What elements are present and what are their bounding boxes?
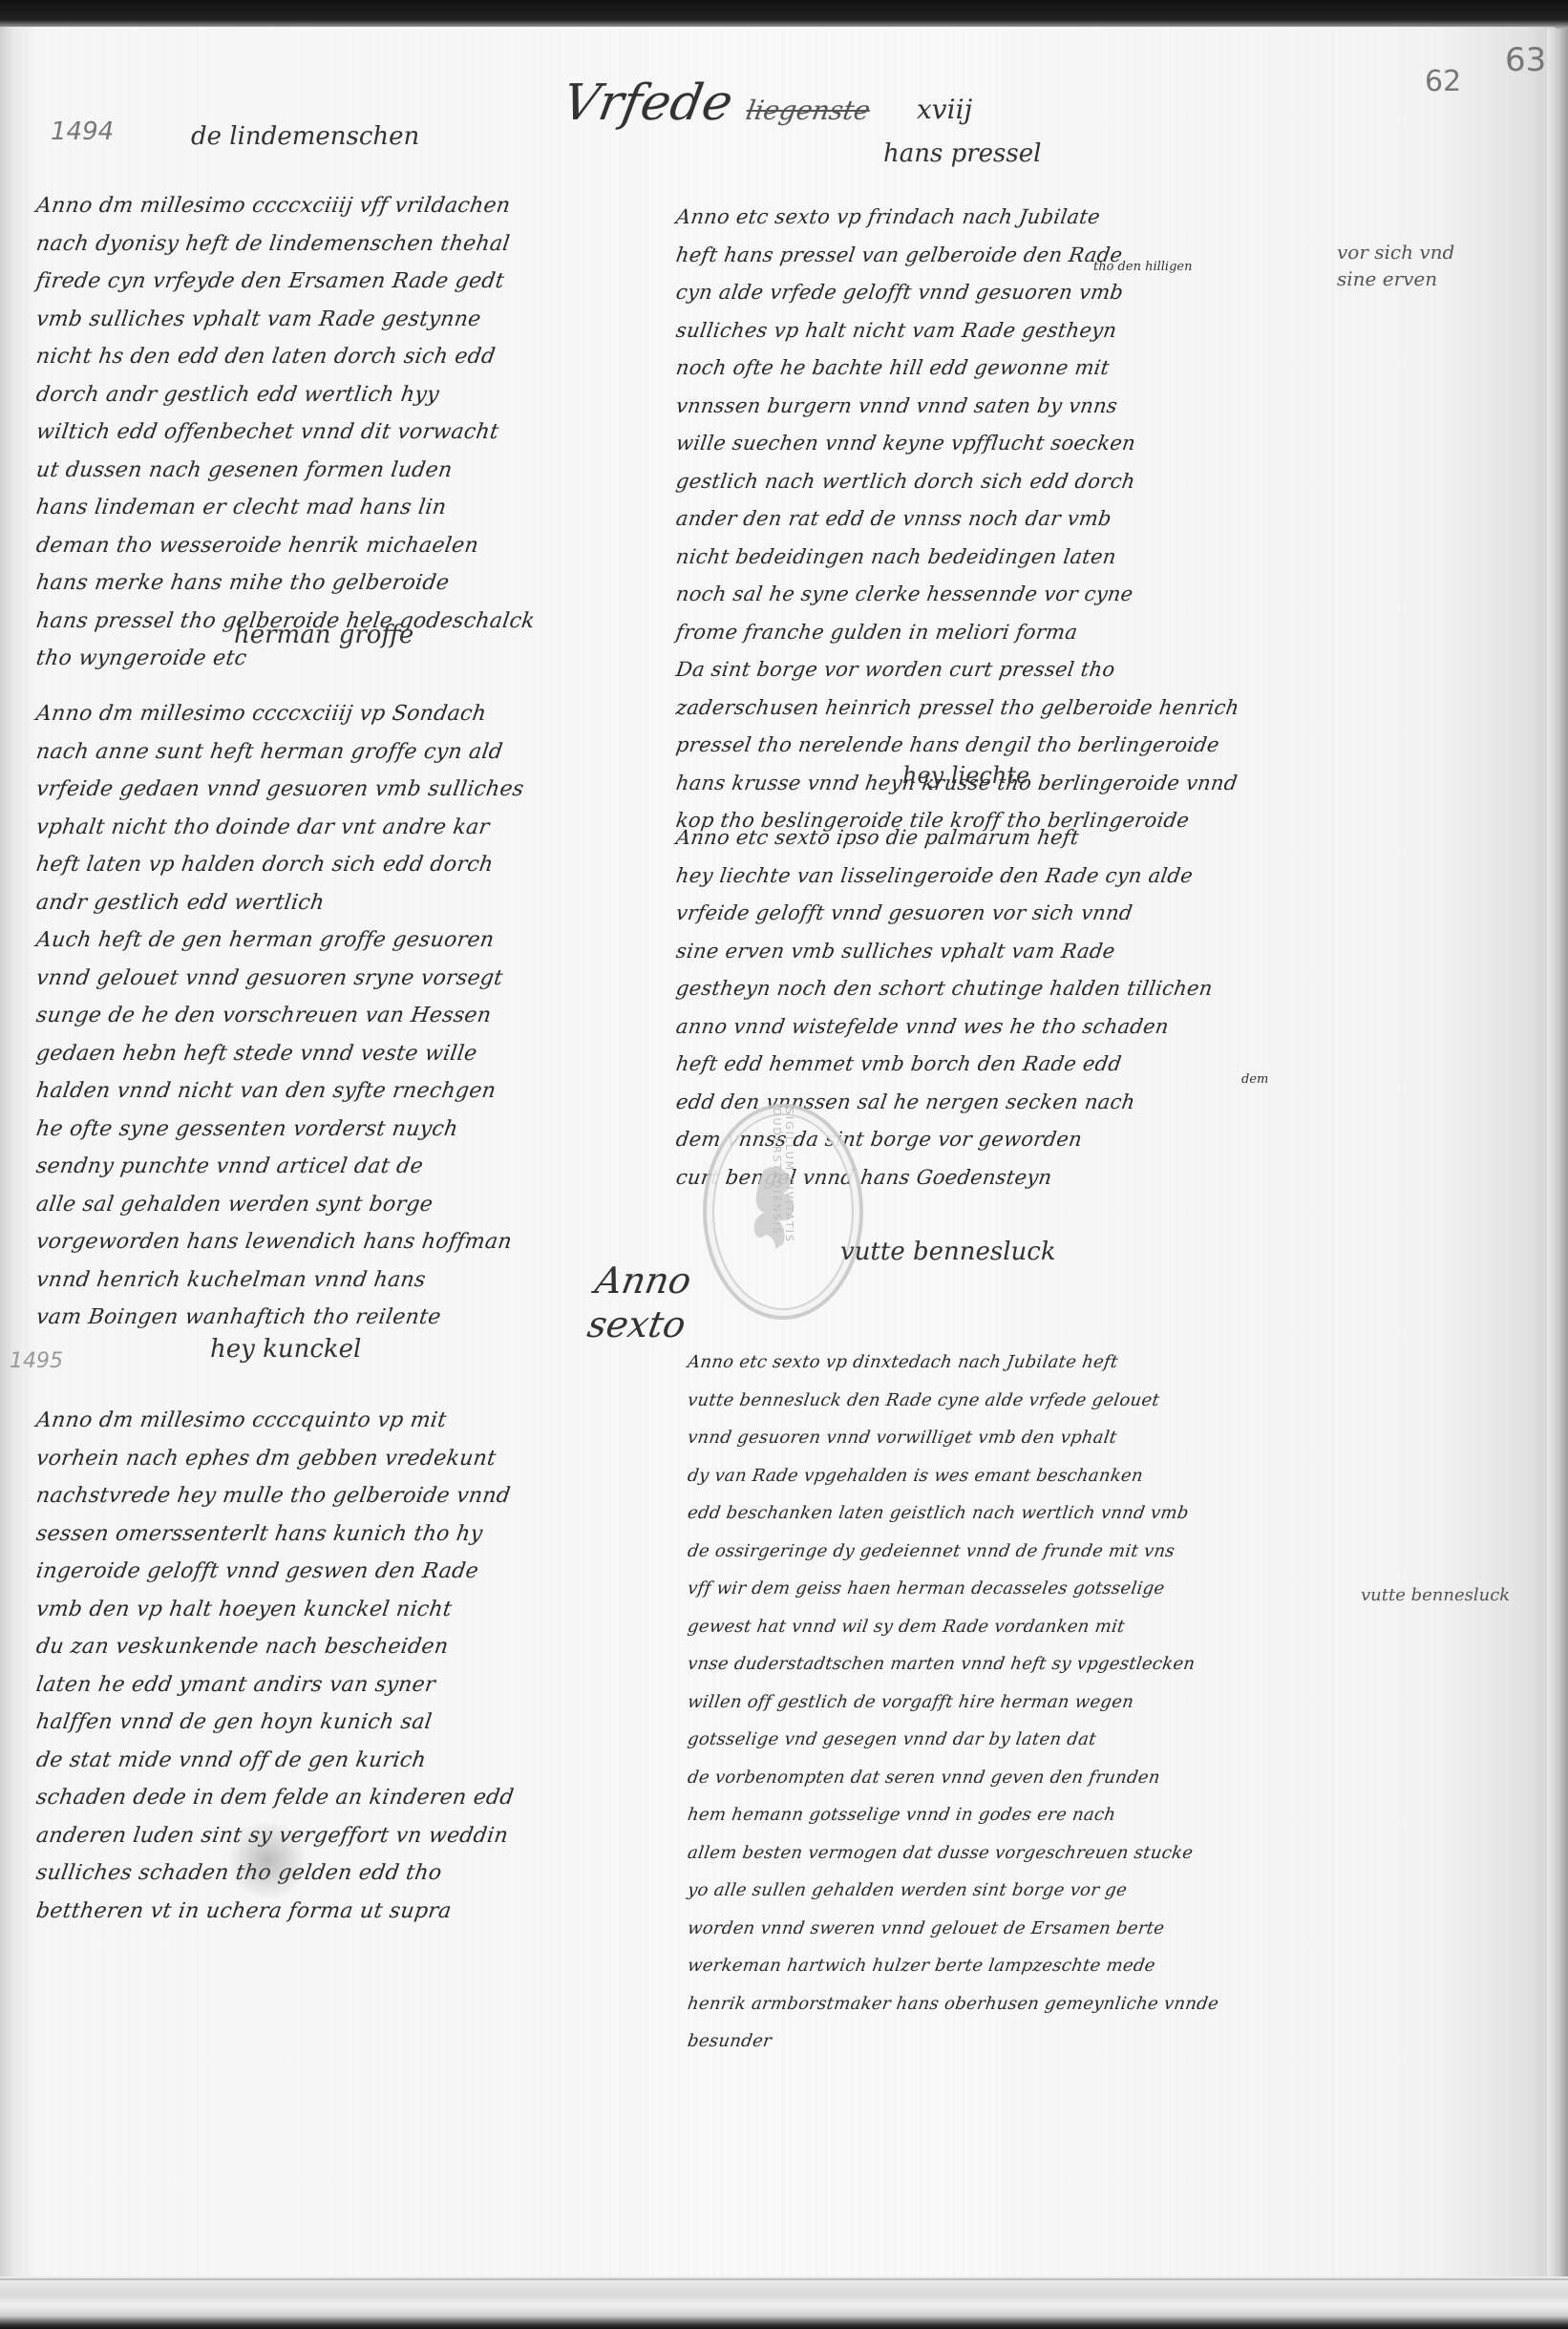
margin-note-bennesluck: vutte bennesluck [1361,1585,1510,1605]
entry-title-lindemenschen: de lindemenschen [191,122,419,151]
section-label-anno-sexto: Anno sexto [584,1259,697,1346]
entry-title-hey-kunckel: hey kunckel [210,1335,361,1364]
page-right-edge [1547,29,1568,2292]
stamp-legend: SIGILLUM CIVITATIS DUDERSTADIENSIS [707,1108,859,1316]
entry-hans-pressel: Anno etc sexto vp frindach nach Jubilate… [676,199,1239,840]
entry-title-vutte-bennesluck: vutte bennesluck [840,1238,1056,1266]
page-heading: Vrfede liegenste [559,74,877,132]
entry-vutte-bennesluck: Anno etc sexto vp dinxtedach nach Jubila… [688,1344,1218,2062]
archive-stamp: SIGILLUM CIVITATIS DUDERSTADIENSIS [703,1104,863,1320]
page-bottom-edge [0,2276,1568,2329]
heading-text: Vrfede [559,74,737,132]
entry-lindemenschen: Anno dm millesimo ccccxciiij vff vrildac… [36,187,535,678]
marginal-year-1495: 1495 [10,1349,63,1373]
interlinear-note-liechte: dem [1241,1072,1268,1087]
manuscript-page: 1494 62 63. Vrfede liegenste xviij de li… [0,27,1558,2309]
entry-title-hey-liechte: hey liechte [902,762,1029,789]
ink-smudge [224,1822,310,1898]
marginal-year-1494: 1494 [51,117,114,146]
entry-title-herman-groffe: herman groffe [234,621,413,649]
heading-struck-word: liegenste [744,95,873,126]
entry-title-hans-pressel: hans pressel [883,139,1041,168]
margin-note-pressel: vor sich vnd sine erven [1337,239,1461,292]
entry-herman-groffe: Anno dm millesimo ccccxciiij vp Sondach … [36,695,523,1337]
folio-number-old: 62 [1425,65,1461,98]
heading-number: xviij [917,94,972,125]
